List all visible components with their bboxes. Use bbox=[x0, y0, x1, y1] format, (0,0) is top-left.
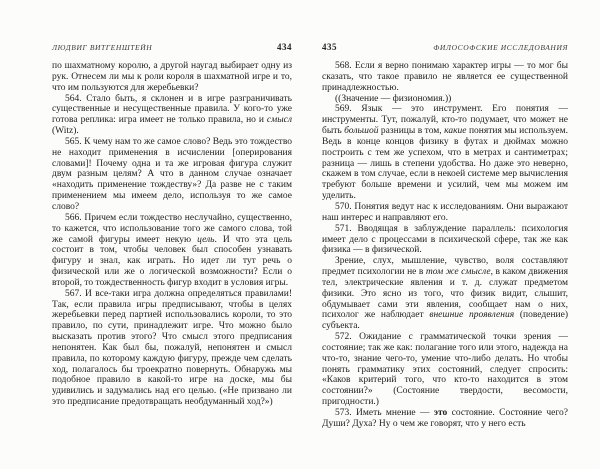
paragraph: 573. Иметь мнение — это состояние. Состо… bbox=[322, 408, 568, 430]
text-run: какие bbox=[444, 126, 466, 136]
text-run: том же смысле bbox=[426, 267, 491, 277]
paragraph: 572. Ожидание с грамматической точки зре… bbox=[322, 332, 568, 408]
right-page-body: 568. Если я верно понимаю характер игры … bbox=[322, 61, 568, 430]
page-left: ЛЮДВИГ ВИТГЕНШТЕЙН 434 по шахматному кор… bbox=[52, 0, 292, 408]
text-run: большой bbox=[344, 126, 378, 136]
text-run: 571. Вводящая в заблуждение параллель: п… bbox=[322, 224, 568, 256]
paragraph: 569. Язык — это инструмент. Его понятия … bbox=[322, 104, 568, 202]
text-run: понятия мы используем. Ведь в конце конц… bbox=[322, 126, 568, 201]
paragraph: 565. К чему нам то же самое слово? Ведь … bbox=[52, 137, 292, 213]
text-run: цель bbox=[197, 235, 214, 245]
text-run: 572. Ожидание с грамматической точки зре… bbox=[322, 332, 568, 407]
text-run: 564. Стало быть, я склонен и в игре разг… bbox=[52, 94, 292, 126]
paragraph: 566. Причем если тождество неслучайно, с… bbox=[52, 213, 292, 289]
text-run: 573. Иметь мнение — bbox=[335, 408, 434, 418]
text-run: ((Значение — физиономия.)) bbox=[335, 94, 451, 104]
text-run: смысл bbox=[267, 115, 292, 125]
text-run: это bbox=[434, 408, 447, 418]
text-run: 568. Если я верно понимаю характер игры … bbox=[322, 61, 568, 93]
paragraph: по шахматному королю, а другой наугад вы… bbox=[52, 61, 292, 94]
paragraph: 564. Стало быть, я склонен и в игре разг… bbox=[52, 94, 292, 137]
running-head-left: ЛЮДВИГ ВИТГЕНШТЕЙН 434 bbox=[52, 42, 292, 52]
paragraph: Зрение, слух, мышление, чувство, воля со… bbox=[322, 256, 568, 332]
text-run: 570. Понятия ведут нас к исследованиям. … bbox=[322, 202, 568, 223]
running-title-book: ФИЛОСОФСКИЕ ИССЛЕДОВАНИЯ bbox=[433, 43, 568, 52]
book-spread: ЛЮДВИГ ВИТГЕНШТЕЙН 434 по шахматному кор… bbox=[0, 0, 600, 469]
page-number-right: 435 bbox=[322, 42, 337, 52]
paragraph: 571. Вводящая в заблуждение параллель: п… bbox=[322, 224, 568, 257]
text-run: 565. К чему нам то же самое слово? Ведь … bbox=[52, 137, 292, 212]
running-title-author: ЛЮДВИГ ВИТГЕНШТЕЙН bbox=[52, 43, 152, 52]
running-head-right: 435 ФИЛОСОФСКИЕ ИССЛЕДОВАНИЯ bbox=[322, 42, 568, 52]
page-number-left: 434 bbox=[277, 42, 292, 52]
text-run: по шахматному королю, а другой наугад вы… bbox=[52, 61, 292, 93]
paragraph: 570. Понятия ведут нас к исследованиям. … bbox=[322, 202, 568, 224]
text-run: 567. И все-таки игра должна определяться… bbox=[52, 289, 292, 407]
text-run: внешние проявления bbox=[429, 310, 514, 320]
paragraph: ((Значение — физиономия.)) bbox=[322, 94, 568, 105]
left-page-body: по шахматному королю, а другой наугад вы… bbox=[52, 61, 292, 408]
paragraph: 567. И все-таки игра должна определяться… bbox=[52, 289, 292, 408]
paragraph: 568. Если я верно понимаю характер игры … bbox=[322, 61, 568, 94]
text-run: разницы в том, bbox=[378, 126, 444, 136]
page-right: 435 ФИЛОСОФСКИЕ ИССЛЕДОВАНИЯ 568. Если я… bbox=[322, 0, 568, 430]
text-run: (Witz). bbox=[52, 126, 79, 136]
